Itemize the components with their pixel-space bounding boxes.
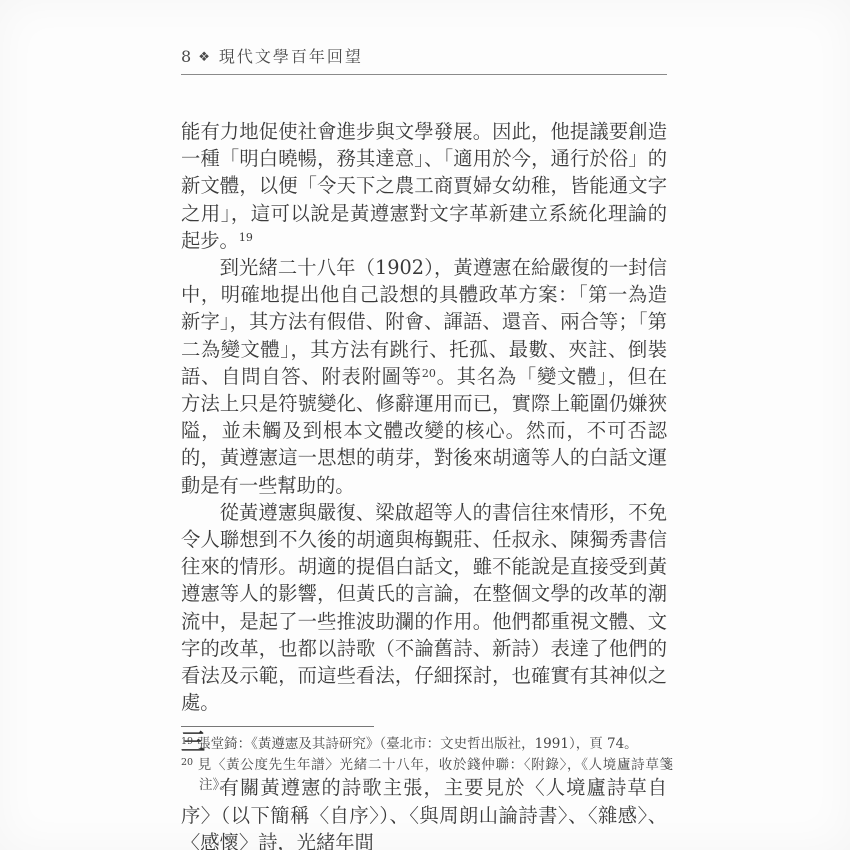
paragraph: 從黃遵憲與嚴復、梁啟超等人的書信往來情形，不免令人聯想到不久後的胡適與梅覲莊、任… <box>181 499 667 717</box>
footnote-marker: 19 <box>181 736 193 747</box>
footnote-marker: 20 <box>181 757 193 768</box>
footnote: 20見〈黃公度先生年譜〉光緒二十八年，收於錢仲聯：〈附錄〉，《人境廬詩草箋注》。 <box>181 755 673 796</box>
paragraph: 到光緒二十八年（1902），黃遵憲在給嚴復的一封信中，明確地提出他自己設想的具體… <box>181 254 667 499</box>
paragraph: 能有力地促使社會進步與文學發展。因此，他提議要創造一種「明白曉暢，務其達意」、「… <box>181 118 667 254</box>
footnote: 19張堂錡：《黃遵憲及其詩研究》（臺北市：文史哲出版社，1991），頁 74。 <box>181 734 673 755</box>
footnote-separator <box>181 726 374 727</box>
running-title: 現代文學百年回望 <box>219 44 363 67</box>
running-header: 8 ❖ 現代文學百年回望 <box>181 44 667 75</box>
page-number: 8 <box>181 47 191 66</box>
diamond-ornament-icon: ❖ <box>198 50 212 65</box>
book-page: 8 ❖ 現代文學百年回望 能有力地促使社會進步與文學發展。因此，他提議要創造一種… <box>0 0 850 850</box>
footnotes-block: 19張堂錡：《黃遵憲及其詩研究》（臺北市：文史哲出版社，1991），頁 74。2… <box>181 734 673 796</box>
footnote-reference: 19 <box>239 231 253 244</box>
footnote-reference: 20 <box>422 367 436 380</box>
